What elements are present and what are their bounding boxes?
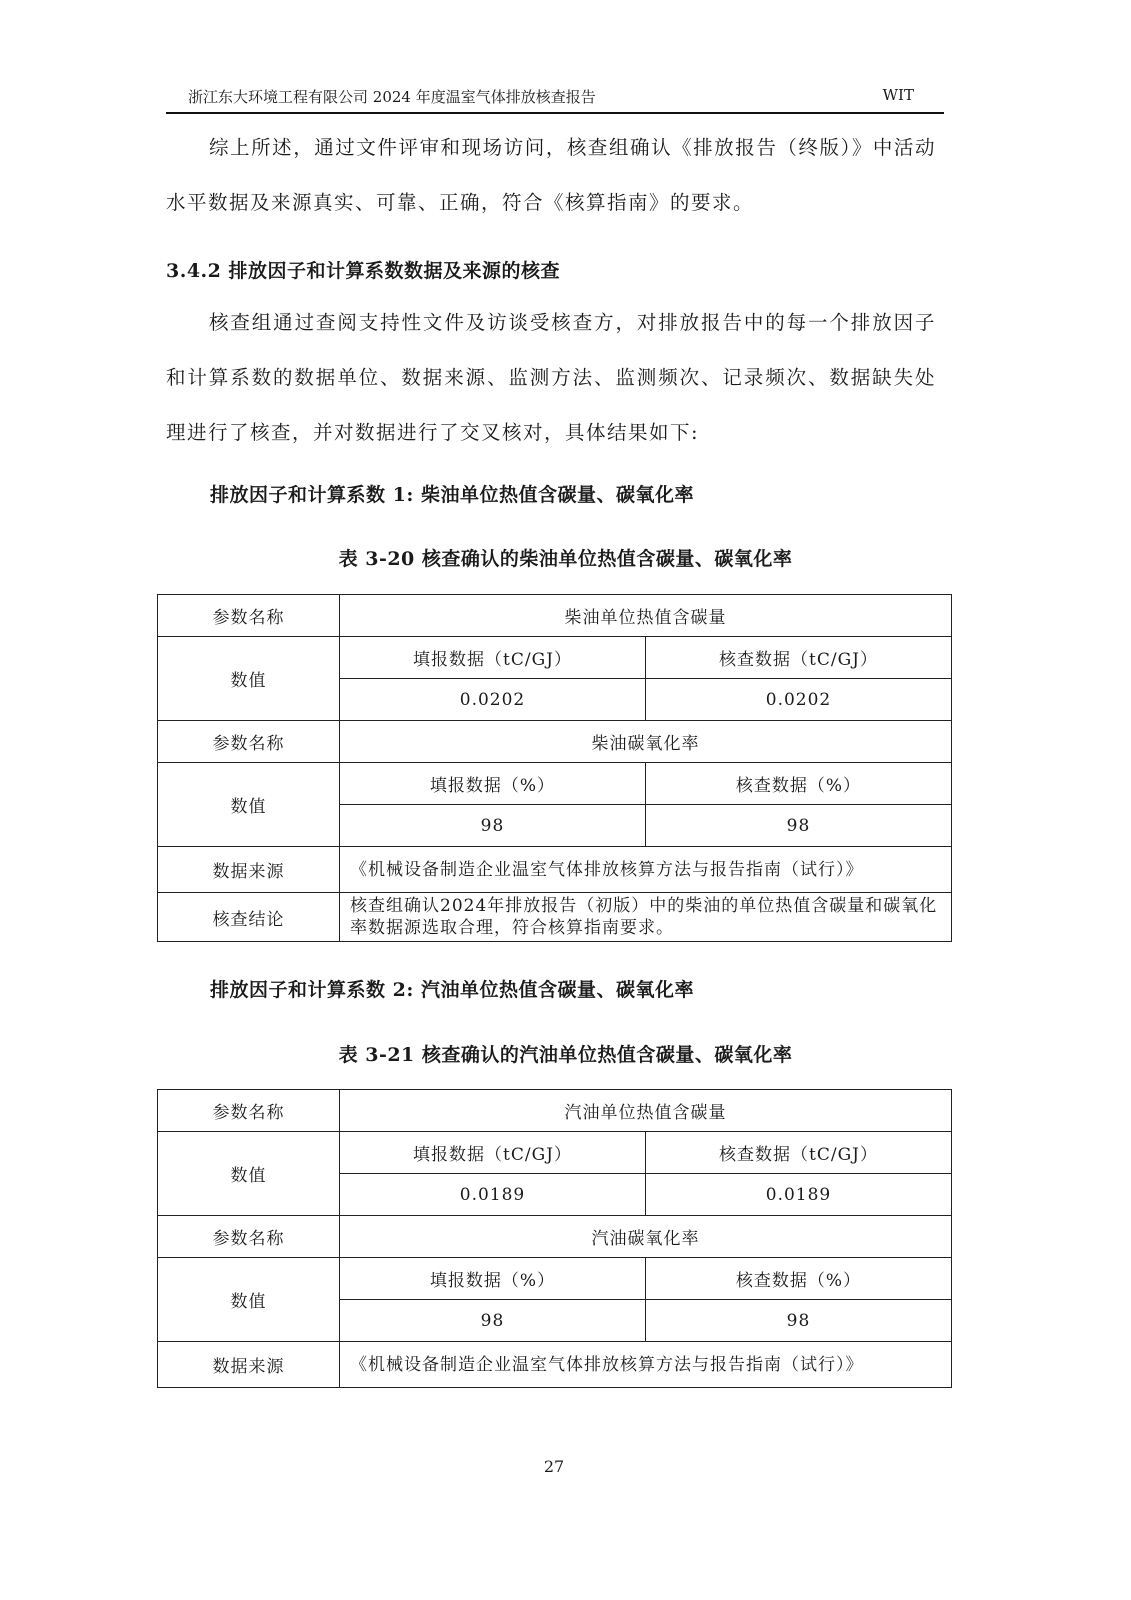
param1-reported-value: 0.0202 <box>340 679 646 721</box>
value-label: 数值 <box>158 1132 340 1216</box>
param2-verified-header: 核查数据（%） <box>646 1258 952 1300</box>
param2-verified-value: 98 <box>645 805 951 847</box>
table-row: 数值 填报数据（%） 核查数据（%） <box>158 763 952 805</box>
table-row: 参数名称 汽油碳氧化率 <box>158 1216 952 1258</box>
table-row: 数据来源 《机械设备制造企业温室气体排放核算方法与报告指南（试行）》 <box>158 1342 952 1388</box>
param2-verified-value: 98 <box>646 1300 952 1342</box>
source-value: 《机械设备制造企业温室气体排放核算方法与报告指南（试行）》 <box>340 847 952 893</box>
param2-reported-value: 98 <box>340 805 646 847</box>
table-row: 参数名称 汽油单位热值含碳量 <box>158 1090 952 1132</box>
page-header: 浙江东大环境工程有限公司 2024 年度温室气体排放核查报告 WIT <box>166 82 944 114</box>
param1-reported-value: 0.0189 <box>340 1174 646 1216</box>
value-label: 数值 <box>158 1258 340 1342</box>
param1-verified-value: 0.0202 <box>645 679 951 721</box>
param1-reported-header: 填报数据（tC/GJ） <box>340 637 646 679</box>
source-label: 数据来源 <box>158 847 340 893</box>
table-3-20-caption: 表 3-20 核查确认的柴油单位热值含碳量、碳氧化率 <box>0 544 1131 571</box>
value-label: 数值 <box>158 637 340 721</box>
table-row: 核查结论 核查组确认2024年排放报告（初版）中的柴油的单位热值含碳量和碳氧化率… <box>158 893 952 942</box>
intro-paragraph: 综上所述，通过文件评审和现场访问，核查组确认《排放报告（终版）》中活动水平数据及… <box>166 120 936 230</box>
source-label: 数据来源 <box>158 1342 340 1388</box>
param-label: 参数名称 <box>158 595 340 637</box>
value-label: 数值 <box>158 763 340 847</box>
table-row: 参数名称 柴油单位热值含碳量 <box>158 595 952 637</box>
param2-name: 汽油碳氧化率 <box>340 1216 952 1258</box>
param1-verified-header: 核查数据（tC/GJ） <box>646 1132 952 1174</box>
table-row: 数值 填报数据（tC/GJ） 核查数据（tC/GJ） <box>158 1132 952 1174</box>
table-3-21-caption: 表 3-21 核查确认的汽油单位热值含碳量、碳氧化率 <box>0 1040 1131 1067</box>
table-3-20: 参数名称 柴油单位热值含碳量 数值 填报数据（tC/GJ） 核查数据（tC/GJ… <box>157 594 952 942</box>
param-label: 参数名称 <box>158 1216 340 1258</box>
header-title: 浙江东大环境工程有限公司 2024 年度温室气体排放核查报告 <box>188 86 596 107</box>
table-row: 参数名称 柴油碳氧化率 <box>158 721 952 763</box>
factor1-subheading: 排放因子和计算系数 1: 柴油单位热值含碳量、碳氧化率 <box>210 480 694 507</box>
param1-name: 柴油单位热值含碳量 <box>340 595 952 637</box>
param2-reported-value: 98 <box>340 1300 646 1342</box>
param2-name: 柴油碳氧化率 <box>340 721 952 763</box>
param1-verified-value: 0.0189 <box>646 1174 952 1216</box>
param-label: 参数名称 <box>158 721 340 763</box>
param1-name: 汽油单位热值含碳量 <box>340 1090 952 1132</box>
header-mark: WIT <box>883 86 914 104</box>
table-3-21: 参数名称 汽油单位热值含碳量 数值 填报数据（tC/GJ） 核查数据（tC/GJ… <box>157 1089 952 1388</box>
conclusion-value: 核查组确认2024年排放报告（初版）中的柴油的单位热值含碳量和碳氧化率数据源选取… <box>340 893 952 942</box>
factor2-subheading: 排放因子和计算系数 2: 汽油单位热值含碳量、碳氧化率 <box>210 975 694 1002</box>
param2-reported-header: 填报数据（%） <box>340 1258 646 1300</box>
param-label: 参数名称 <box>158 1090 340 1132</box>
table-row: 数据来源 《机械设备制造企业温室气体排放核算方法与报告指南（试行）》 <box>158 847 952 893</box>
param1-verified-header: 核查数据（tC/GJ） <box>645 637 951 679</box>
param2-verified-header: 核查数据（%） <box>645 763 951 805</box>
table-row: 数值 填报数据（%） 核查数据（%） <box>158 1258 952 1300</box>
page-number: 27 <box>0 1457 1108 1476</box>
section-heading: 3.4.2 排放因子和计算系数数据及来源的核查 <box>166 256 560 283</box>
param1-reported-header: 填报数据（tC/GJ） <box>340 1132 646 1174</box>
table-row: 数值 填报数据（tC/GJ） 核查数据（tC/GJ） <box>158 637 952 679</box>
param2-reported-header: 填报数据（%） <box>340 763 646 805</box>
conclusion-label: 核查结论 <box>158 893 340 942</box>
source-value: 《机械设备制造企业温室气体排放核算方法与报告指南（试行）》 <box>340 1342 952 1388</box>
section-paragraph: 核查组通过查阅支持性文件及访谈受核查方，对排放报告中的每一个排放因子和计算系数的… <box>166 295 936 460</box>
